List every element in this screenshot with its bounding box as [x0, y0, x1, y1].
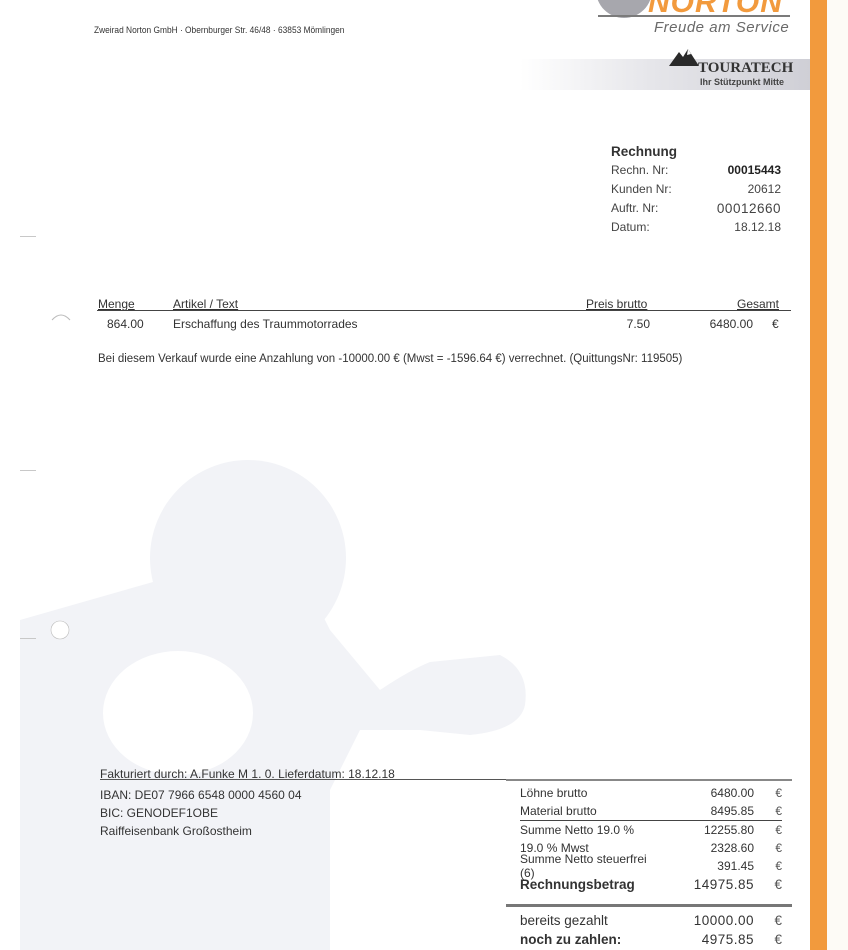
invoice-date: 18.12.18 [734, 220, 781, 239]
brand-slogan: Freude am Service [654, 19, 789, 36]
totals-row: Löhne brutto 6480.00 € [520, 784, 782, 802]
page-edge [827, 0, 848, 950]
punch-hole-mark [50, 310, 72, 322]
customer-number: 20612 [748, 182, 781, 201]
due-value: 4975.85 [664, 932, 754, 947]
iban: IBAN: DE07 7966 6548 0000 4560 04 [100, 786, 302, 804]
totals-label: Summe Netto steuerfrei (6) [520, 852, 664, 880]
field-label: Datum: [611, 220, 650, 239]
totals-value: 12255.80 [664, 823, 754, 837]
bank-details: IBAN: DE07 7966 6548 0000 4560 04 BIC: G… [100, 786, 302, 840]
sender-address: Zweirad Norton GmbH · Obernburger Str. 4… [94, 25, 344, 36]
col-header-price: Preis brutto [586, 297, 647, 311]
bic: BIC: GENODEF1OBE [100, 804, 302, 822]
fold-mark [20, 638, 36, 639]
col-header-article: Artikel / Text [173, 297, 238, 311]
item-price: 7.50 [600, 317, 650, 331]
field-label: Rechn. Nr: [611, 163, 668, 182]
fold-mark [20, 236, 36, 237]
invoice-amount-row: Rechnungsbetrag 14975.85 € [520, 875, 782, 894]
item-total: 6480.00 [690, 317, 753, 331]
totals-value: 6480.00 [664, 786, 754, 800]
order-number: 00012660 [717, 201, 781, 220]
totals-row: Material brutto 8495.85 € [520, 802, 782, 820]
totals-label: Rechnungsbetrag [520, 877, 664, 892]
fold-mark [20, 470, 36, 471]
due-row: noch zu zahlen: 4975.85 € [520, 930, 782, 949]
item-article: Erschaffung des Traummotorrades [173, 317, 358, 331]
col-header-qty: Menge [98, 297, 135, 311]
mountain-icon [669, 46, 699, 68]
invoice-number-row: Rechn. Nr: 00015443 [611, 163, 781, 182]
bank-name: Raiffeisenbank Großostheim [100, 822, 302, 840]
currency: € [754, 786, 782, 800]
paid-row: bereits gezahlt 10000.00 € [520, 911, 782, 930]
totals-block: Löhne brutto 6480.00 € Material brutto 8… [520, 784, 782, 894]
totals-row: Summe Netto 19.0 % 12255.80 € [520, 821, 782, 839]
customer-number-row: Kunden Nr: 20612 [611, 182, 781, 201]
field-label: Auftr. Nr: [611, 201, 658, 220]
invoice-meta: Rechnung Rechn. Nr: 00015443 Kunden Nr: … [611, 144, 781, 239]
invoice-number: 00015443 [728, 163, 781, 182]
deposit-note: Bei diesem Verkauf wurde eine Anzahlung … [98, 353, 682, 365]
brand-logo: NORTON [648, 0, 783, 20]
partner-subtitle: Ihr Stützpunkt Mitte [700, 77, 784, 87]
totals-double-rule [506, 904, 792, 907]
currency: € [754, 823, 782, 837]
currency: € [754, 859, 782, 873]
date-row: Datum: 18.12.18 [611, 220, 781, 239]
accent-stripe [810, 0, 827, 950]
payment-block: bereits gezahlt 10000.00 € noch zu zahle… [520, 911, 782, 949]
partner-name: TOURATECH [698, 60, 793, 77]
currency: € [754, 877, 782, 892]
invoice-title: Rechnung [611, 144, 781, 159]
paid-value: 10000.00 [664, 913, 754, 928]
watermark-mascot [0, 430, 560, 950]
due-label: noch zu zahlen: [520, 932, 664, 947]
totals-label: Löhne brutto [520, 786, 664, 800]
item-qty: 864.00 [107, 317, 144, 331]
col-header-total: Gesamt [737, 297, 779, 311]
invoice-amount: 14975.85 [664, 877, 754, 892]
currency: € [754, 913, 782, 928]
totals-label: Summe Netto 19.0 % [520, 823, 664, 837]
paid-label: bereits gezahlt [520, 913, 664, 928]
totals-row: Summe Netto steuerfrei (6) 391.45 € [520, 857, 782, 875]
totals-value: 391.45 [664, 859, 754, 873]
currency: € [754, 841, 782, 855]
totals-value: 8495.85 [664, 804, 754, 818]
totals-label: Material brutto [520, 804, 664, 818]
totals-top-rule [506, 779, 792, 781]
item-currency: € [772, 317, 779, 331]
logo-rule [598, 15, 790, 17]
currency: € [754, 932, 782, 947]
table-header-rule [97, 310, 791, 311]
order-number-row: Auftr. Nr: 00012660 [611, 201, 781, 220]
currency: € [754, 804, 782, 818]
field-label: Kunden Nr: [611, 182, 672, 201]
totals-value: 2328.60 [664, 841, 754, 855]
